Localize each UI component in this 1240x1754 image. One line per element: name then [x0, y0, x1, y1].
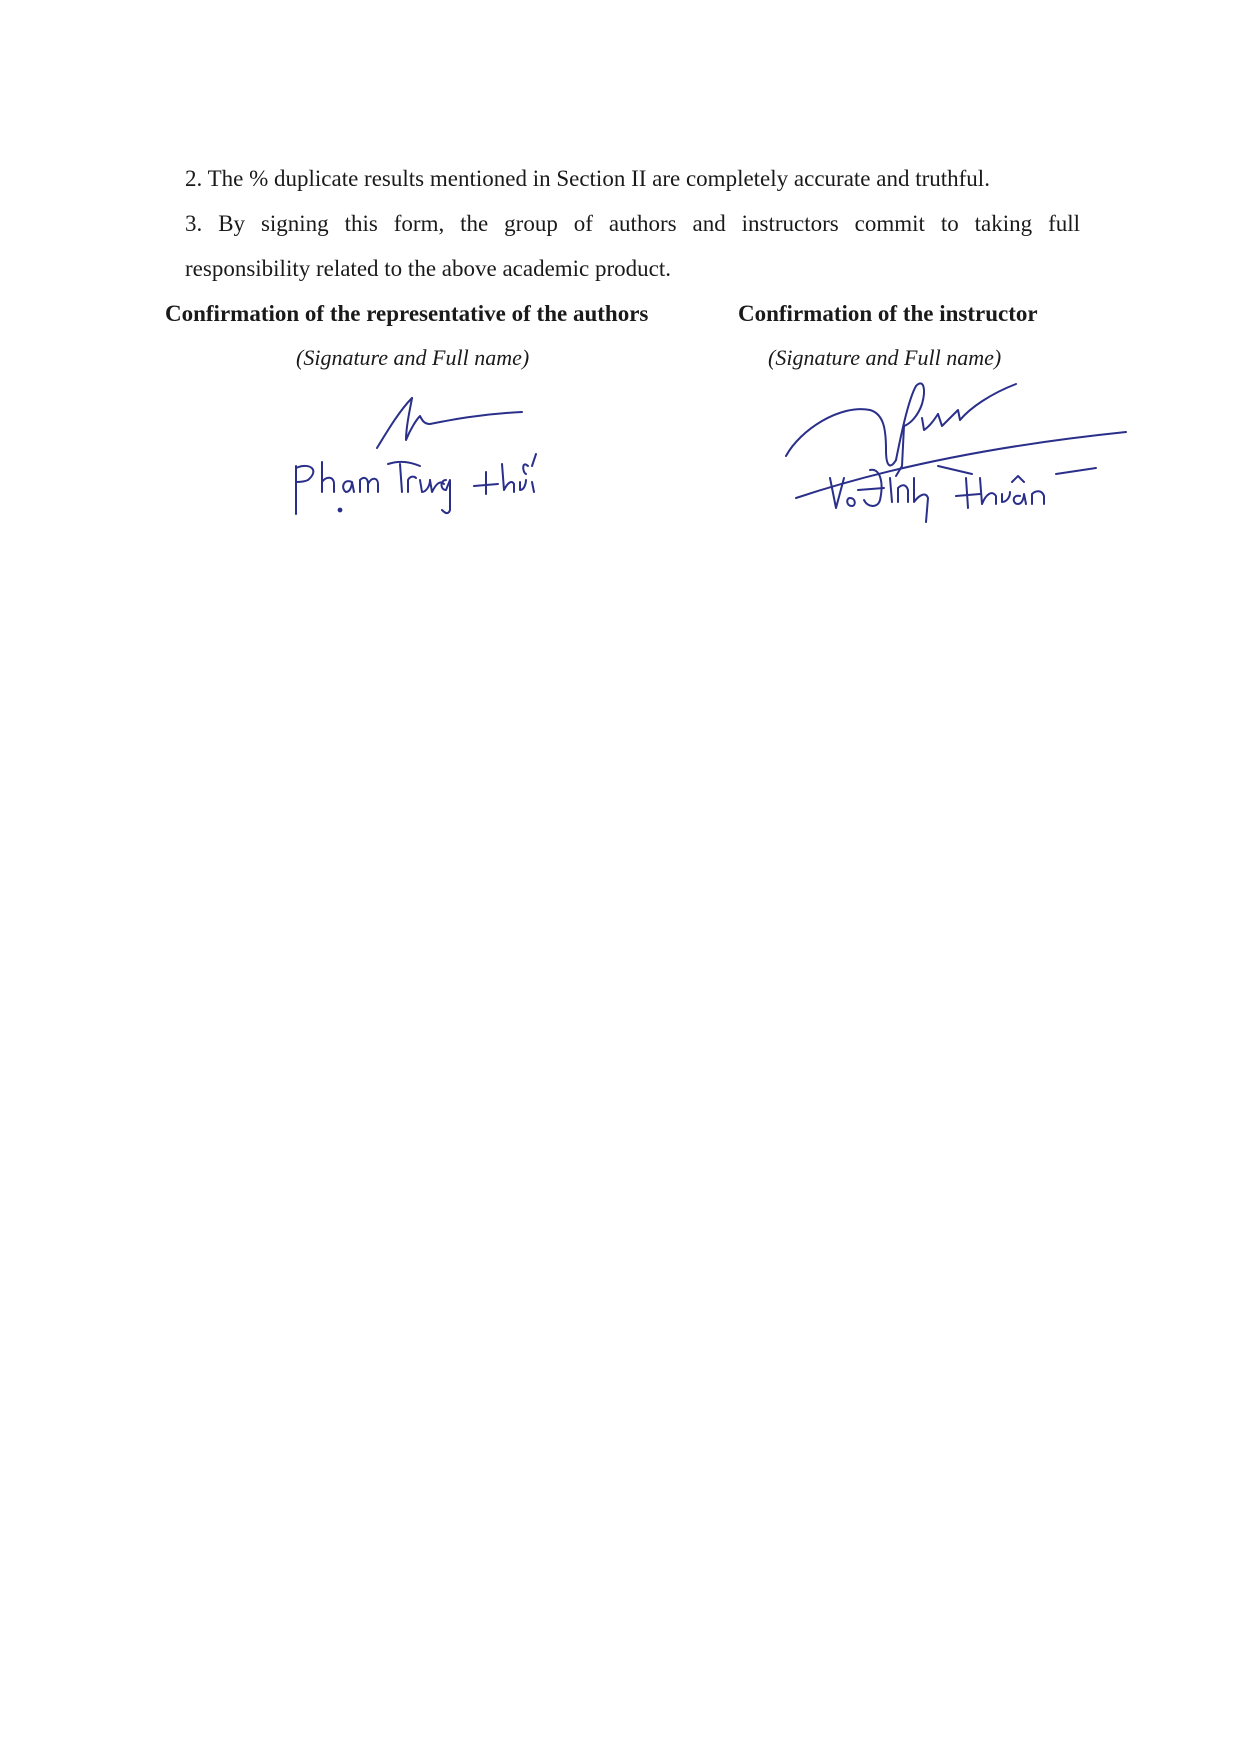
statement-item-2: 2. The % duplicate results mentioned in … — [185, 164, 1080, 194]
instructor-signature: Võ Đình Huân — [760, 370, 1140, 540]
item-text: The % duplicate results mentioned in Sec… — [208, 166, 990, 191]
instructor-confirmation-heading: Confirmation of the instructor — [738, 299, 1038, 329]
item-text: By signing this form, the group of autho… — [218, 211, 1080, 236]
instructor-signature-caption: (Signature and Full name) — [768, 343, 1001, 373]
instructor-signed-name: Võ Đình Huân — [760, 370, 767, 371]
statement-item-3: 3. By signing this form, the group of au… — [185, 209, 1080, 239]
signature-ink-instructor — [760, 370, 1140, 540]
authors-signature: Phạm Trung Hiếu — [260, 380, 580, 540]
authors-signed-name: Phạm Trung Hiếu — [260, 380, 269, 381]
authors-signature-caption: (Signature and Full name) — [296, 343, 529, 373]
signature-ink-authors — [260, 380, 580, 540]
statement-item-3-continuation: responsibility related to the above acad… — [185, 254, 1080, 284]
item-number: 2. — [185, 166, 202, 191]
authors-confirmation-heading: Confirmation of the representative of th… — [165, 299, 648, 329]
item-number: 3. — [185, 211, 202, 236]
